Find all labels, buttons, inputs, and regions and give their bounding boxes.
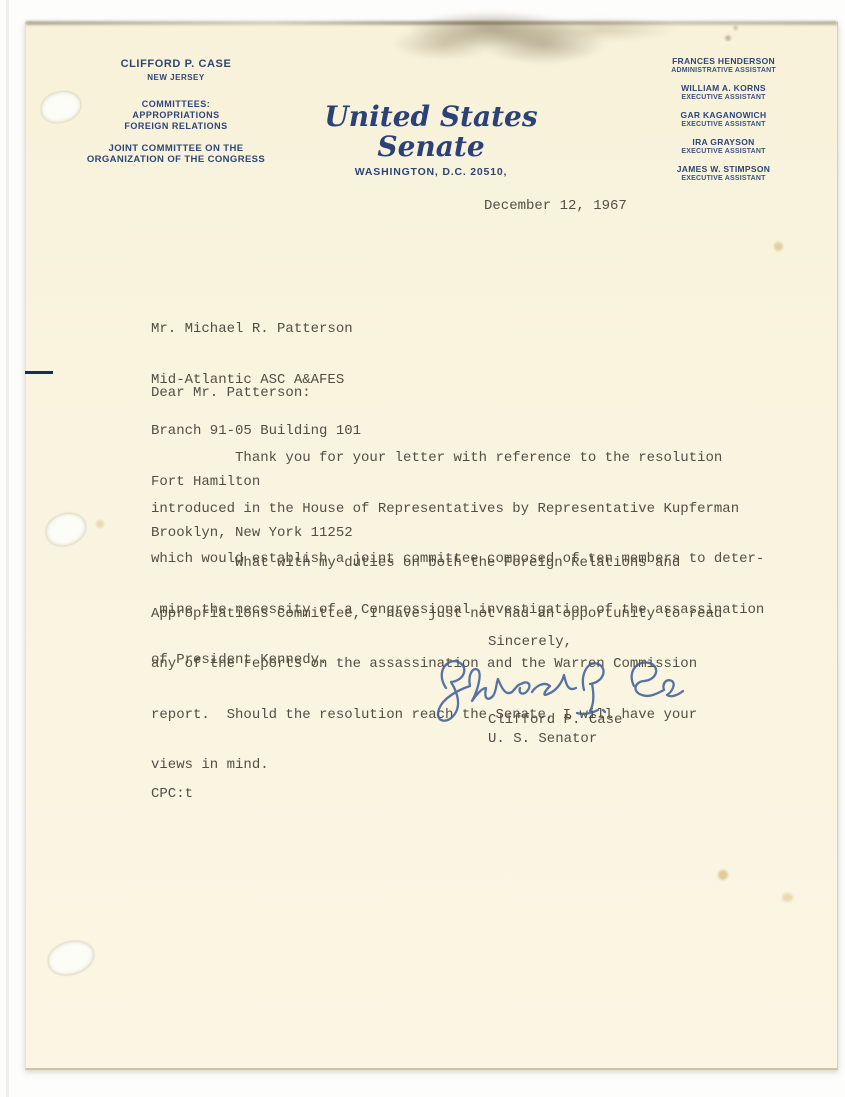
sender-name: CLIFFORD P. CASE bbox=[56, 58, 296, 70]
committees-label: COMMITTEES: bbox=[56, 99, 296, 110]
sender-committees: COMMITTEES: APPROPRIATIONS FOREIGN RELAT… bbox=[56, 99, 296, 132]
committee-item: APPROPRIATIONS bbox=[56, 110, 296, 121]
foxing-spot bbox=[718, 870, 728, 880]
masthead: United States Senate WASHINGTON, D.C. 20… bbox=[276, 102, 586, 178]
sender-state: NEW JERSEY bbox=[56, 73, 296, 82]
salutation: Dear Mr. Patterson: bbox=[151, 385, 311, 401]
foxing-spot bbox=[96, 520, 104, 528]
top-right-stain bbox=[716, 16, 746, 50]
staff-entry: WILLIAM A. KORNS EXECUTIVE ASSISTANT bbox=[626, 83, 821, 102]
signed-title: U. S. Senator bbox=[488, 731, 597, 747]
punch-hole bbox=[45, 938, 97, 979]
senate-city: WASHINGTON, D.C. 20510, bbox=[276, 166, 586, 178]
staff-entry: FRANCES HENDERSON ADMINISTRATIVE ASSISTA… bbox=[626, 56, 821, 75]
recipient-line: Mr. Michael R. Patterson bbox=[151, 320, 361, 339]
closing: Sincerely, bbox=[488, 634, 572, 650]
foxing-spot bbox=[782, 893, 793, 902]
punch-hole bbox=[43, 510, 89, 550]
signed-name: Clifford P. Case bbox=[488, 712, 622, 728]
scanned-letter: CLIFFORD P. CASE NEW JERSEY COMMITTEES: … bbox=[0, 0, 845, 1097]
sender-block: CLIFFORD P. CASE NEW JERSEY COMMITTEES: … bbox=[56, 58, 296, 165]
letter-page: CLIFFORD P. CASE NEW JERSEY COMMITTEES: … bbox=[25, 22, 838, 1070]
committee-item: FOREIGN RELATIONS bbox=[56, 121, 296, 132]
date-line: December 12, 1967 bbox=[484, 198, 627, 214]
margin-dash-mark bbox=[25, 371, 53, 374]
staff-list: FRANCES HENDERSON ADMINISTRATIVE ASSISTA… bbox=[626, 56, 821, 191]
staff-entry: GAR KAGANOWICH EXECUTIVE ASSISTANT bbox=[626, 110, 821, 129]
joint-committee: JOINT COMMITTEE ON THE ORGANIZATION OF T… bbox=[56, 143, 296, 165]
foxing-spot bbox=[774, 242, 783, 251]
staff-entry: IRA GRAYSON EXECUTIVE ASSISTANT bbox=[626, 137, 821, 156]
staff-entry: JAMES W. STIMPSON EXECUTIVE ASSISTANT bbox=[626, 164, 821, 183]
typist-initials: CPC:t bbox=[151, 786, 193, 802]
senate-title: United States Senate bbox=[276, 102, 586, 162]
